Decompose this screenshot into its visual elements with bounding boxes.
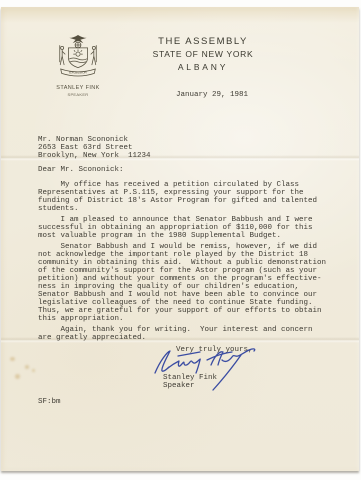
- date-line: January 29, 1981: [176, 91, 248, 99]
- stain: [10, 357, 15, 361]
- recipient-address: Mr. Norman Scononick 2653 East 63rd Stre…: [38, 136, 151, 160]
- stain: [32, 369, 35, 372]
- justice-figure-icon: [92, 46, 95, 49]
- stain: [15, 374, 20, 379]
- letter-body: My office has received a petition circul…: [38, 181, 343, 345]
- typed-signature-block: Stanley Fink Speaker: [163, 374, 217, 390]
- paragraph-4: Again, thank you for writing. Your inter…: [38, 326, 343, 342]
- paragraph-1: My office has received a petition circul…: [38, 181, 343, 213]
- paragraph-2: I am pleased to announce that Senator Ba…: [38, 216, 343, 240]
- ny-state-seal-icon: EXCELSIOR: [54, 33, 102, 83]
- liberty-figure-icon: [61, 46, 64, 49]
- seal-caption-name: STANLEY FINK: [28, 85, 128, 91]
- letterhead-subtitle: STATE OF NEW YORK: [103, 49, 303, 59]
- seal-caption-title: SPEAKER: [28, 92, 128, 97]
- scanned-letter: EXCELSIOR STANLEY FINK SPEAKER THE ASSEM…: [0, 0, 361, 480]
- typist-reference: SF:bm: [38, 398, 61, 406]
- seal-motto: EXCELSIOR: [69, 71, 87, 75]
- stain: [25, 365, 29, 369]
- letterhead-title: THE ASSEMBLY: [103, 36, 303, 47]
- salutation: Dear Mr. Scononick:: [38, 166, 124, 174]
- letterhead-city: ALBANY: [103, 62, 303, 72]
- paragraph-3: Senator Babbush and I would be remiss, h…: [38, 243, 343, 323]
